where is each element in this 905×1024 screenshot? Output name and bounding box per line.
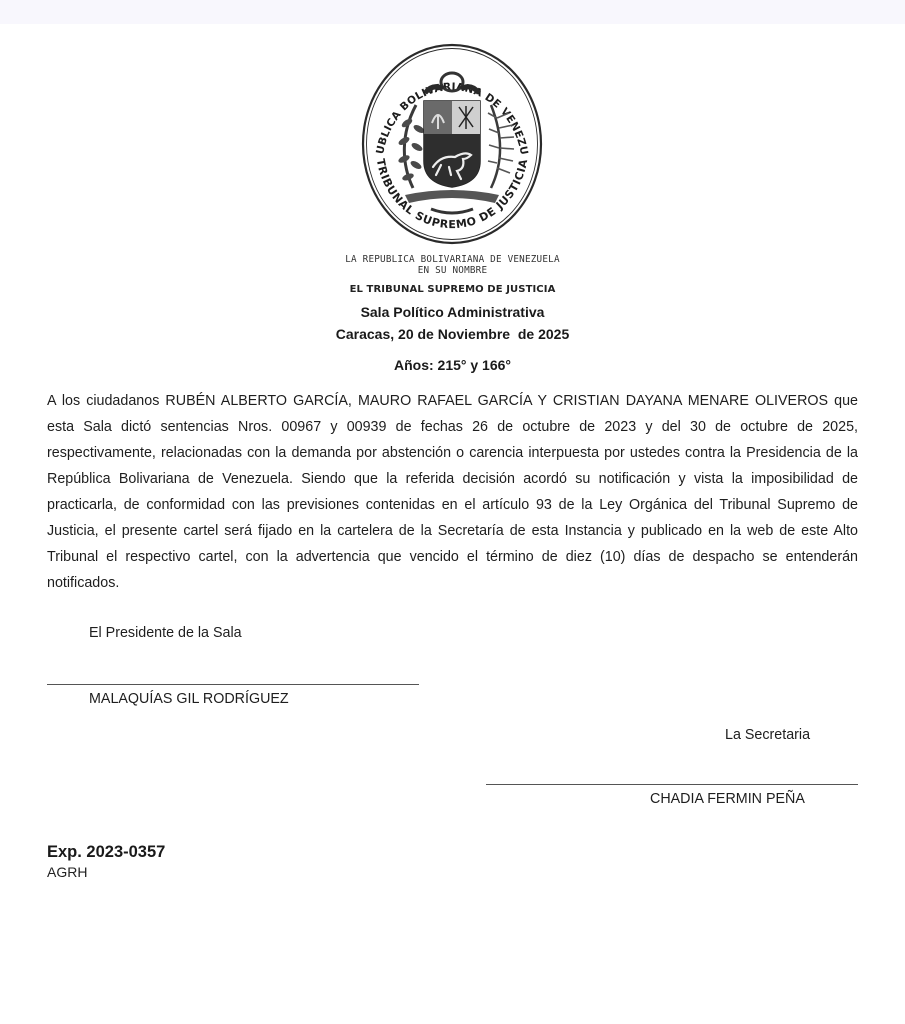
secretary-name: CHADIA FERMIN PEÑA xyxy=(650,791,805,807)
president-signature-line xyxy=(47,684,419,685)
header-sala: Sala Político Administrativa xyxy=(0,304,905,320)
header-place-date: Caracas, 20 de Noviembre de 2025 xyxy=(0,326,905,342)
expediente-number: Exp. 2023-0357 xyxy=(47,843,165,862)
tsj-seal-icon: REPUBLICA BOLIVARIANA DE VENEZUELA TRIBU… xyxy=(361,43,543,245)
header-tribunal: EL TRIBUNAL SUPREMO DE JUSTICIA xyxy=(0,284,905,295)
drafter-initials: AGRH xyxy=(47,864,87,880)
header-en-su-nombre: EN SU NOMBRE xyxy=(0,265,905,276)
secretary-role: La Secretaria xyxy=(725,727,810,743)
header-republic: LA REPUBLICA BOLIVARIANA DE VENEZUELA xyxy=(0,254,905,265)
president-name: MALAQUÍAS GIL RODRÍGUEZ xyxy=(89,691,289,707)
notification-paragraph: A los ciudadanos RUBÉN ALBERTO GARCÍA, M… xyxy=(47,388,858,596)
header-years: Años: 215° y 166° xyxy=(0,357,905,373)
top-bar xyxy=(0,0,905,24)
president-role: El Presidente de la Sala xyxy=(89,625,242,641)
secretary-signature-line xyxy=(486,784,858,785)
